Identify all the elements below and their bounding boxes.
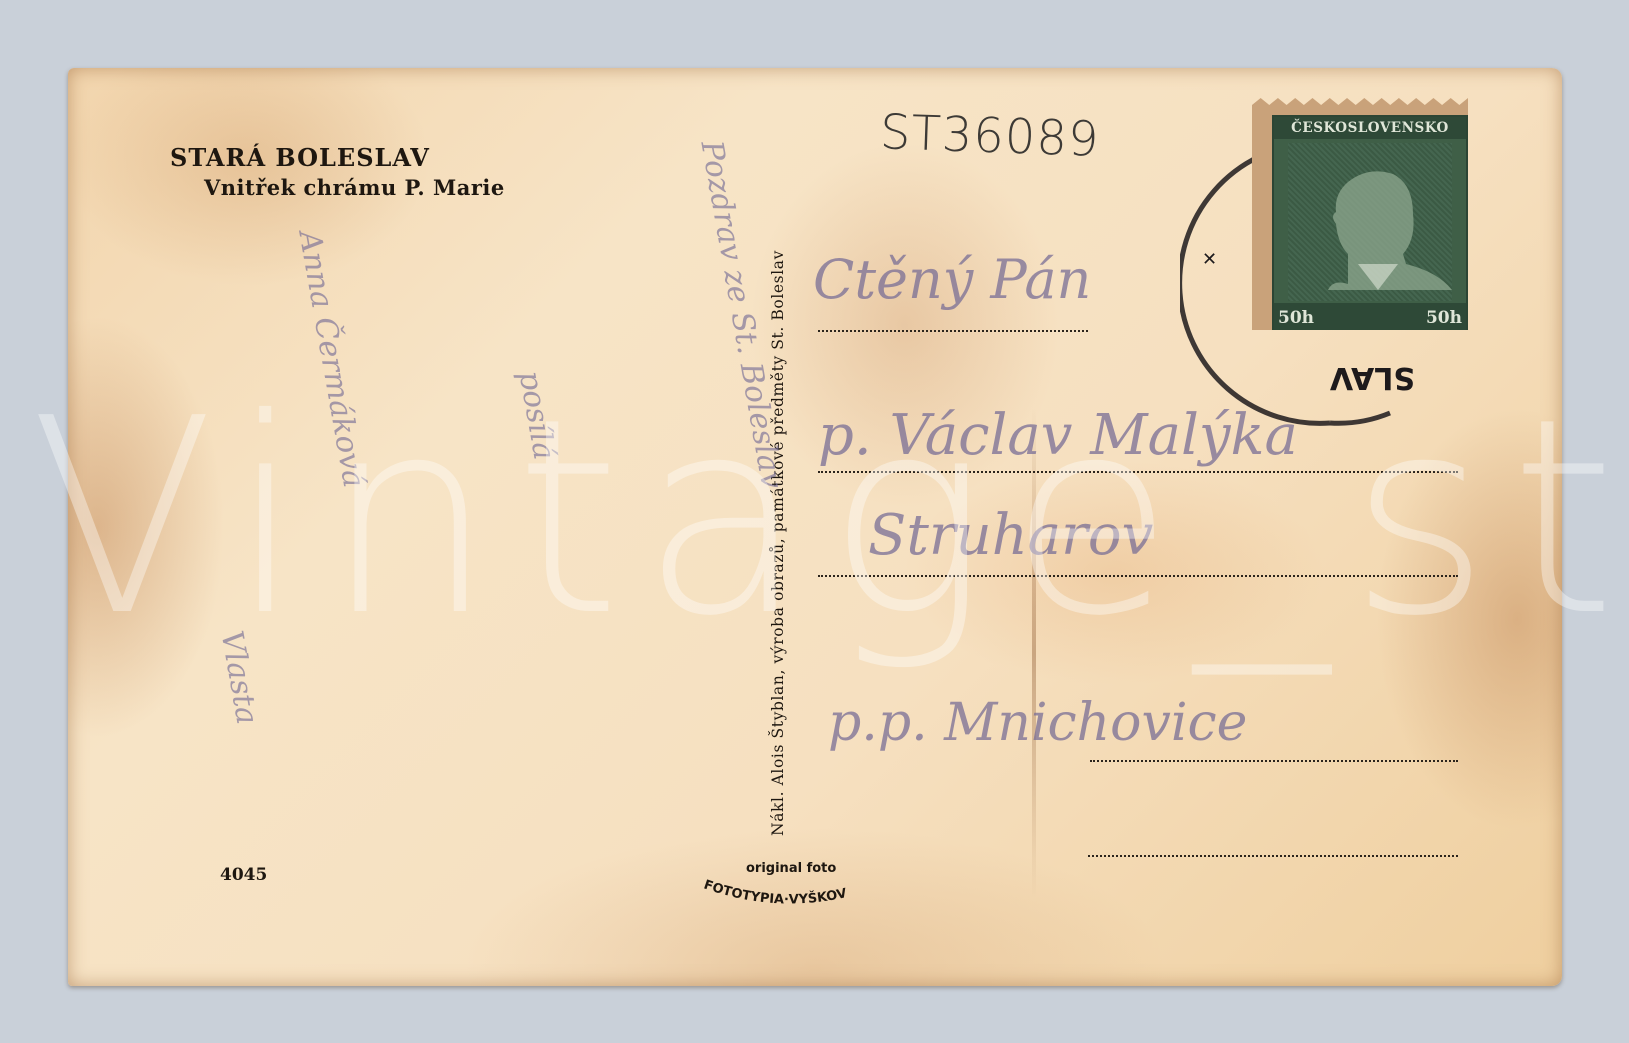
handwriting-message-4: Vlasta — [214, 628, 265, 727]
address-line-5 — [1088, 855, 1458, 857]
address-line-3 — [818, 575, 1458, 577]
address-line-4 — [1090, 760, 1458, 762]
address-line-2 — [818, 471, 1458, 473]
address-line-1 — [818, 330, 1088, 332]
stamp-value-right: 50h — [1426, 308, 1462, 328]
postmark-text: SLAV — [1329, 360, 1415, 395]
handwriting-message-2: posílá — [512, 368, 562, 462]
address-post: p.p. Mnichovice — [828, 693, 1247, 753]
paper-crease — [1032, 408, 1036, 898]
printer-imprint: FOTOTYPIA·VYŠKOV — [698, 878, 888, 918]
address-salutation: Ctěný Pán — [813, 248, 1091, 311]
stamp-portrait-icon — [1288, 143, 1452, 301]
postage-stamp: ČESKOSLOVENSKO 50h 50h — [1252, 98, 1468, 330]
postcard-subtitle: Vnitřek chrámu P. Marie — [204, 175, 505, 200]
stamp-value-left: 50h — [1278, 308, 1314, 328]
card-number: 4045 — [220, 865, 267, 885]
address-town: Struharov — [868, 503, 1153, 568]
printer-text: FOTOTYPIA·VYŠKOV — [702, 878, 848, 908]
pencil-annotation: ST36089 — [879, 104, 1100, 168]
publisher-imprint: Nákl. Alois Štyblan, výroba obrazů, pamá… — [769, 250, 787, 836]
handwriting-message-3: Anna Čermáková — [292, 228, 372, 490]
stamp-country: ČESKOSLOVENSKO — [1274, 117, 1466, 139]
svg-text:✕: ✕ — [1202, 249, 1217, 270]
svg-text:FOTOTYPIA·VYŠKOV: FOTOTYPIA·VYŠKOV — [702, 878, 848, 908]
photo-credit: original foto — [746, 861, 836, 876]
postcard: STARÁ BOLESLAV Vnitřek chrámu P. Marie 4… — [68, 68, 1562, 986]
postcard-title: STARÁ BOLESLAV — [170, 143, 430, 172]
